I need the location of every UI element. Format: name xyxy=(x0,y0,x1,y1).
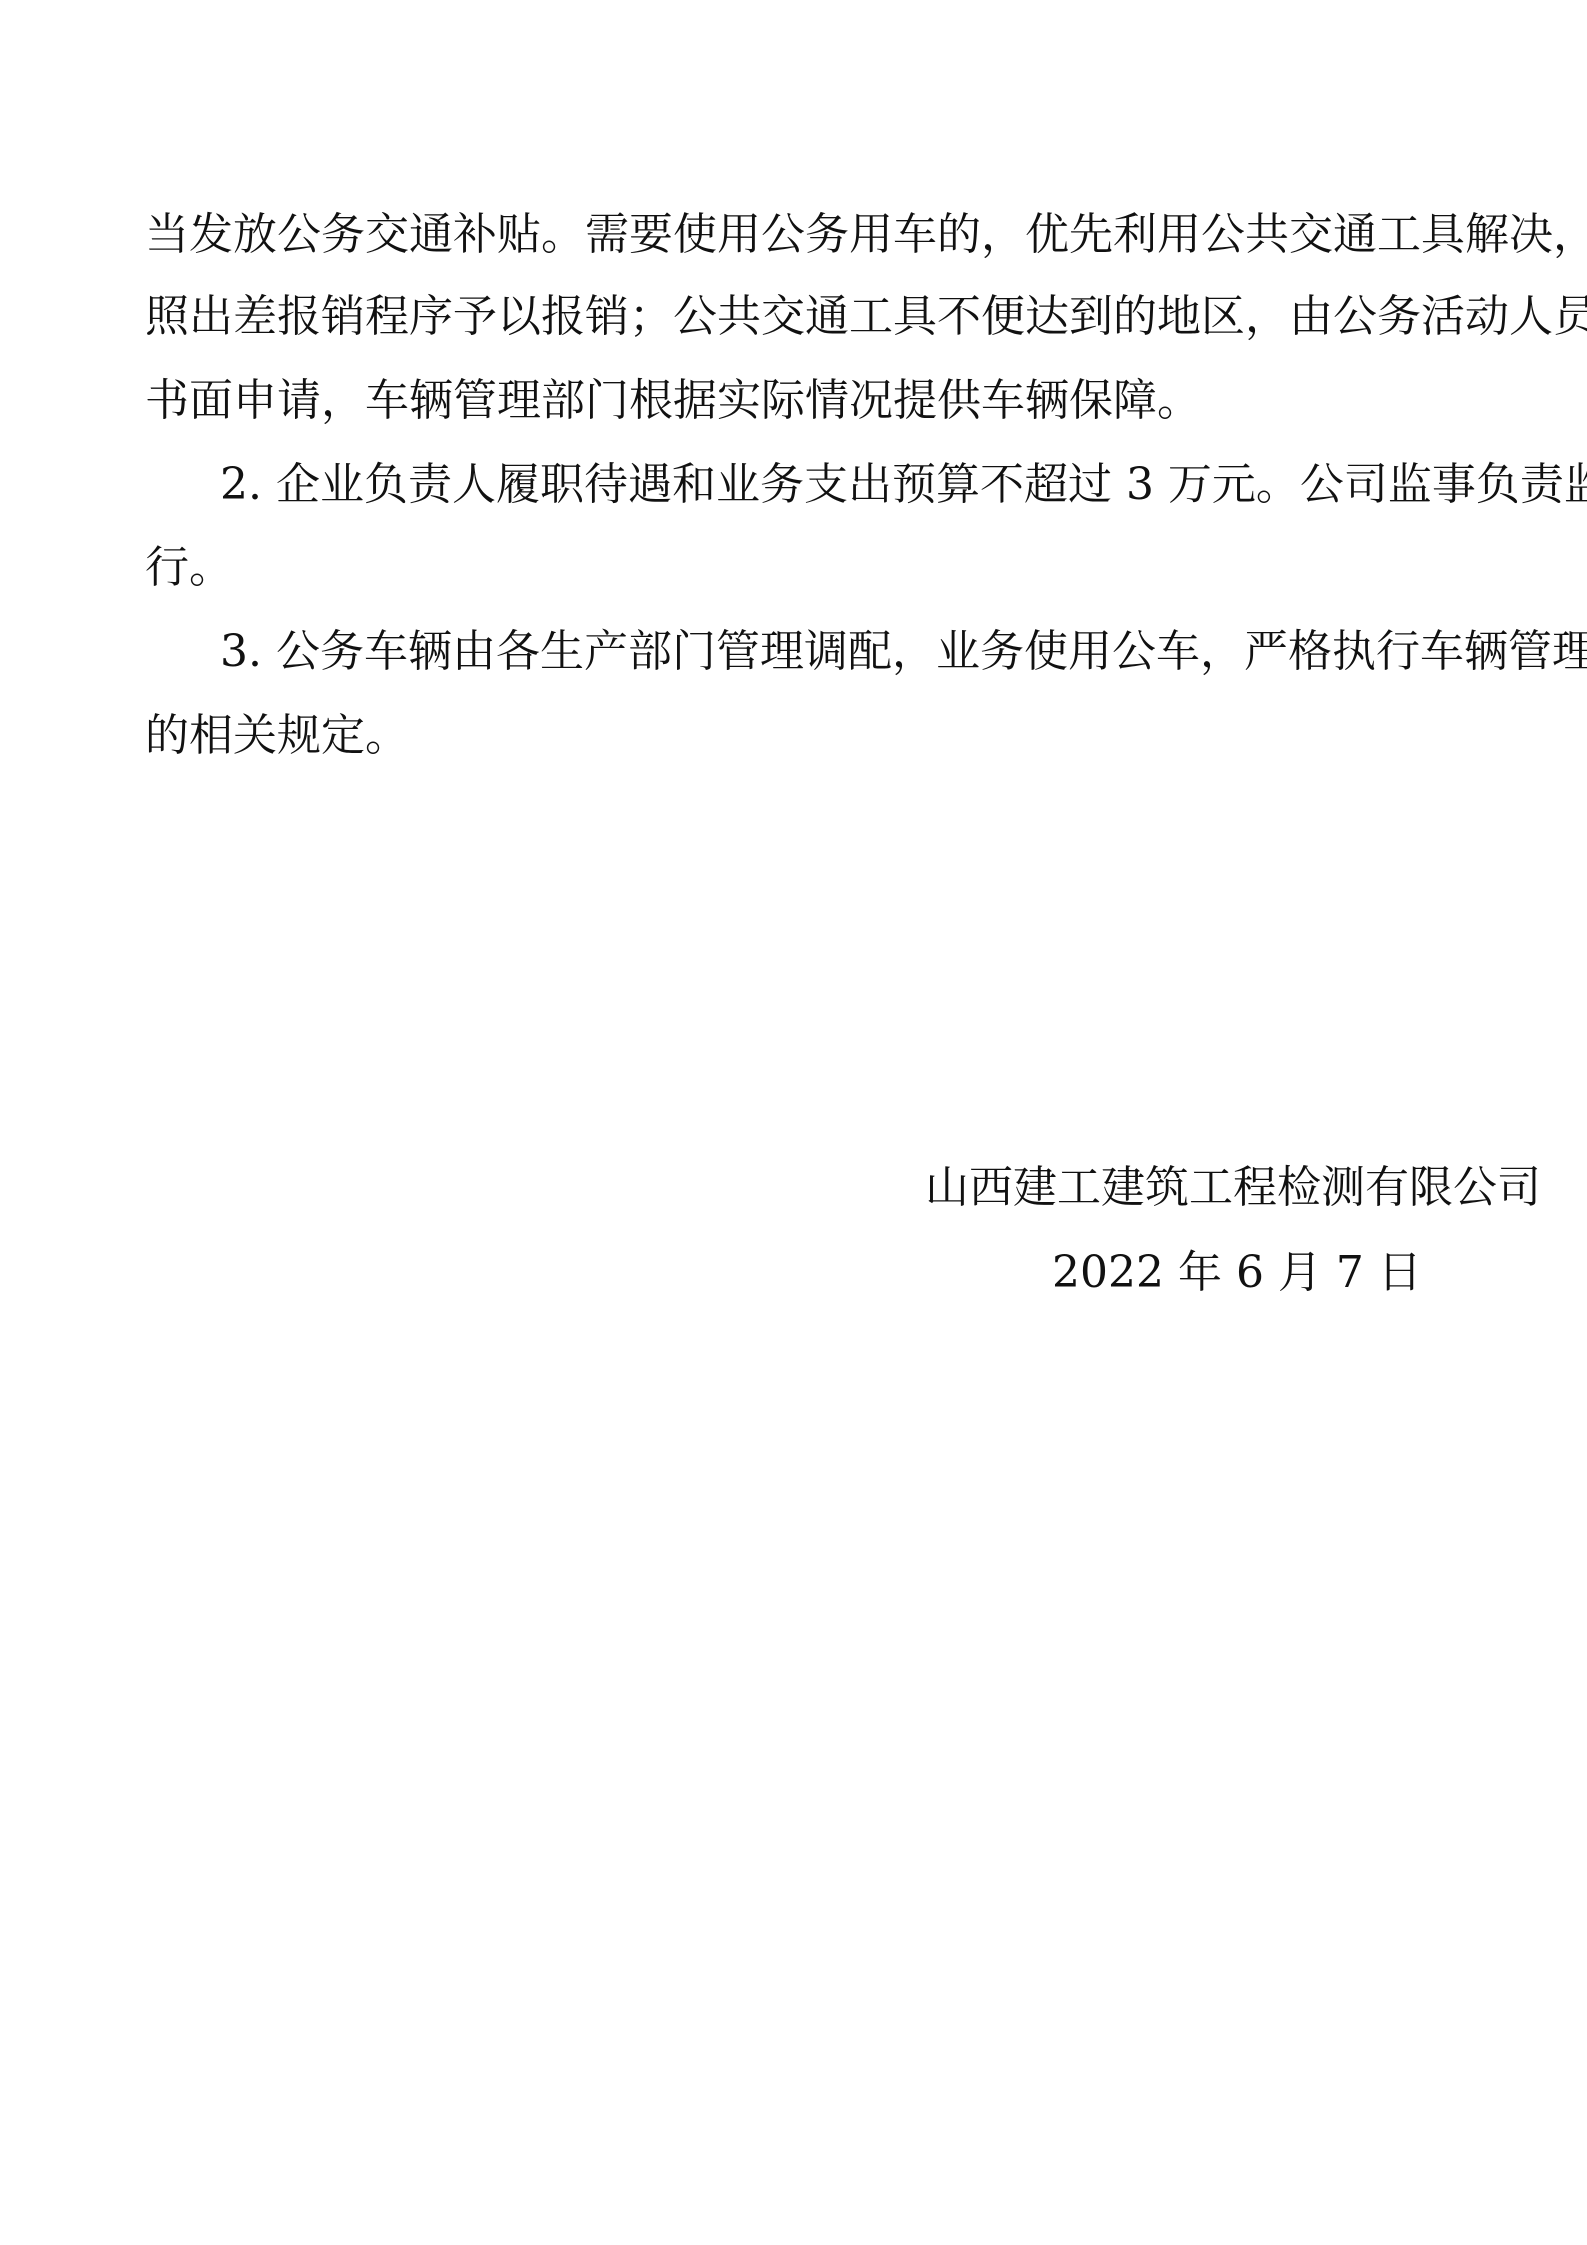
document-page: 当发放公务交通补贴。需要使用公务用车的，优先利用公共交通工具解决，并按 照出差报… xyxy=(0,0,1587,2245)
paragraph-1-line-1: 当发放公务交通补贴。需要使用公务用车的，优先利用公共交通工具解决，并按 xyxy=(145,210,1441,260)
paragraph-3-line-1: 3. 公务车辆由各生产部门管理调配，业务使用公车，严格执行车辆管理办法 xyxy=(220,627,1441,677)
signature-date: 2022 年 6 月 7 日 xyxy=(1052,1248,1422,1298)
paragraph-1-line-2: 照出差报销程序予以报销；公共交通工具不便达到的地区，由公务活动人员提出 xyxy=(145,292,1441,342)
paragraph-2-line-2: 行。 xyxy=(145,543,1441,593)
paragraph-1-line-3: 书面申请，车辆管理部门根据实际情况提供车辆保障。 xyxy=(145,376,1441,426)
paragraph-2-line-1: 2. 企业负责人履职待遇和业务支出预算不超过 3 万元。公司监事负责监督执 xyxy=(220,460,1441,510)
paragraph-3-line-2: 的相关规定。 xyxy=(145,711,1441,761)
company-name: 山西建工建筑工程检测有限公司 xyxy=(925,1163,1541,1213)
